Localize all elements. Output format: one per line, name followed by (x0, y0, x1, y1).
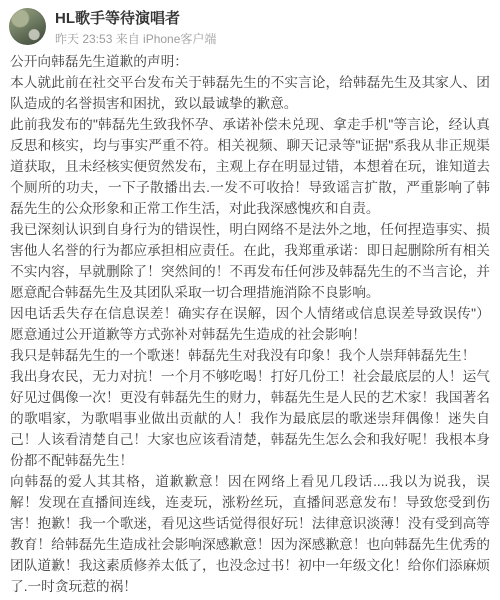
post-card: HL歌手等待演唱者 昨天 23:53 来自 iPhone客户端 公开向韩磊先生道… (0, 0, 500, 600)
post-paragraph: 我只是韩磊先生的一个歌迷！韩磊先生对我没有印象！我个人崇拜韩磊先生！ (10, 345, 490, 366)
post-paragraph: 向韩磊的爱人其其格，道歉歉意！因在网络上看见几段话....我以为说我，误解！发现… (10, 471, 490, 597)
post-timestamp-source: 昨天 23:53 来自 iPhone客户端 (55, 32, 216, 46)
username[interactable]: HL歌手等待演唱者 (55, 10, 216, 28)
post-paragraph: 此前我发布的"韩磊先生致我怀孕、承诺补偿未兑现、拿走手机"等言论，经认真反思和核… (10, 114, 490, 219)
post-header-text: HL歌手等待演唱者 昨天 23:53 来自 iPhone客户端 (55, 8, 216, 46)
post-header: HL歌手等待演唱者 昨天 23:53 来自 iPhone客户端 (0, 0, 500, 48)
post-paragraph: 因电话丢失存在信息误差！确实存在误解，因个人情绪或信息误差导致误传"）愿意通过公… (10, 303, 490, 345)
avatar[interactable] (9, 8, 46, 45)
post-paragraph: 我出身农民，无力对抗！一个月不够吃喝！打好几份工！社会最底层的人！运气好见过偶像… (10, 366, 490, 471)
post-paragraph: 我已深刻认识到自身行为的错误性，明白网络不是法外之地，任何捏造事实、损害他人名誉… (10, 219, 490, 303)
post-paragraph: 公开向韩磊先生道歉的声明： (10, 51, 490, 72)
post-body: 公开向韩磊先生道歉的声明： 本人就此前在社交平台发布关于韩磊先生的不实言论，给韩… (0, 48, 500, 597)
post-paragraph: 本人就此前在社交平台发布关于韩磊先生的不实言论，给韩磊先生及其家人、团队造成的名… (10, 72, 490, 114)
